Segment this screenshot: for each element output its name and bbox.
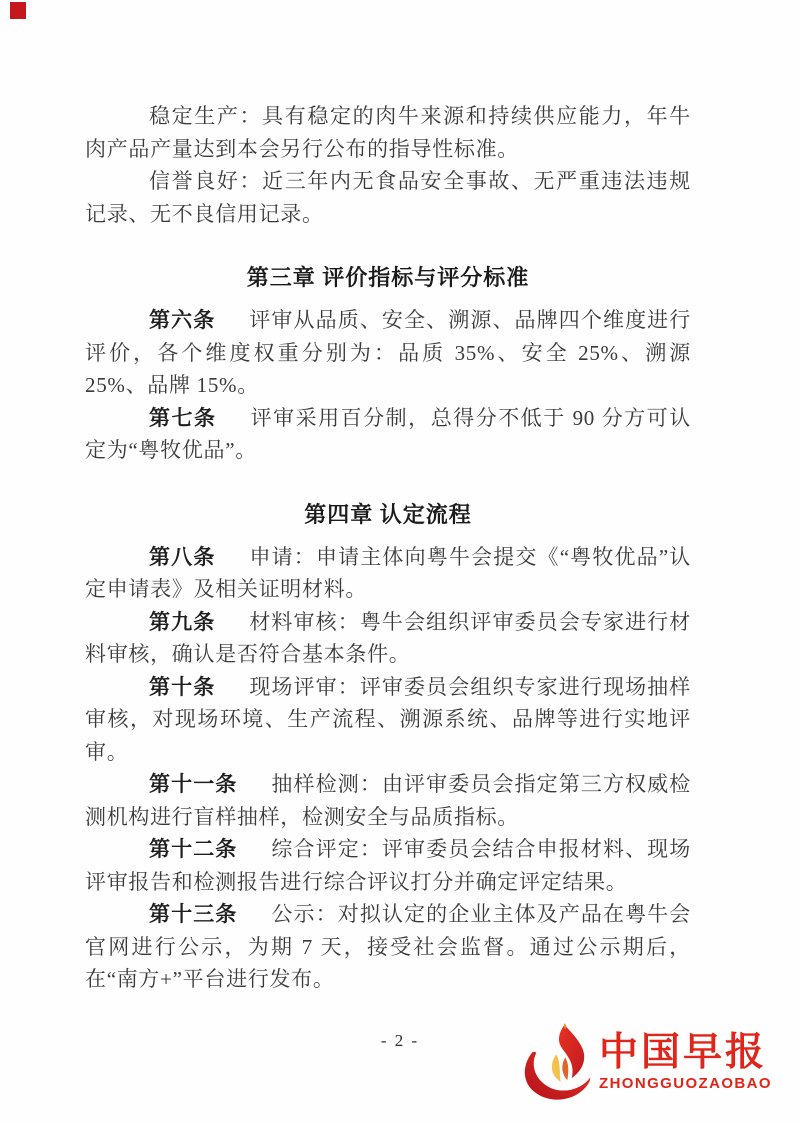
article-label: 第十三条 [149,902,237,926]
paragraph-text: 稳定生产：具有稳定的肉牛来源和持续供应能力，年牛肉产品产量达到本会另行公布的指导… [85,104,691,161]
article-label: 第八条 [149,545,215,569]
logo-title-pinyin: ZHONGGUOZAOBAO [599,1075,772,1092]
document-body: 稳定生产：具有稳定的肉牛来源和持续供应能力，年牛肉产品产量达到本会另行公布的指导… [85,100,691,996]
article-label: 第七条 [149,406,217,430]
paragraph-article-12: 第十二条综合评定：评审委员会结合申报材料、现场评审报告和检测报告进行综合评议打分… [85,833,691,898]
zhongguo-zaobao-logo: 中国早报 ZHONGGUOZAOBAO [520,1023,772,1105]
red-corner-mark [10,2,26,19]
article-label: 第十二条 [149,837,237,861]
logo-title-cn: 中国早报 [599,1034,772,1072]
paragraph-article-9: 第九条材料审核：粤牛会组织评审委员会专家进行材料审核，确认是否符合基本条件。 [85,606,691,671]
paragraph-article-6: 第六条评审从品质、安全、溯源、品牌四个维度进行评价，各个维度权重分别为：品质 3… [85,304,691,402]
article-label: 第六条 [149,308,215,332]
paragraph-stable-production: 稳定生产：具有稳定的肉牛来源和持续供应能力，年牛肉产品产量达到本会另行公布的指导… [85,100,691,165]
paragraph-text: 信誉良好：近三年内无食品安全事故、无严重违法违规记录、无不良信用记录。 [85,169,691,226]
chapter-heading-4: 第四章 认定流程 [85,498,691,531]
article-label: 第九条 [149,610,215,634]
paragraph-good-reputation: 信誉良好：近三年内无食品安全事故、无严重违法违规记录、无不良信用记录。 [85,165,691,230]
logo-text-block: 中国早报 ZHONGGUOZAOBAO [599,1023,772,1092]
paragraph-article-13: 第十三条公示：对拟认定的企业主体及产品在粤牛会官网进行公示，为期 7 天，接受社… [85,898,691,996]
paragraph-article-11: 第十一条抽样检测：由评审委员会指定第三方权威检测机构进行盲样抽样，检测安全与品质… [85,768,691,833]
flame-swoosh-icon [520,1023,594,1105]
paragraph-article-7: 第七条评审采用百分制，总得分不低于 90 分方可认定为“粤牧优品”。 [85,402,691,467]
paragraph-article-10: 第十条现场评审：评审委员会组织专家进行现场抽样审核，对现场环境、生产流程、溯源系… [85,671,691,769]
paragraph-article-8: 第八条申请：申请主体向粤牛会提交《“粤牧优品”认定申请表》及相关证明材料。 [85,541,691,606]
chapter-heading-3: 第三章 评价指标与评分标准 [85,261,691,294]
article-label: 第十条 [149,675,215,699]
article-label: 第十一条 [149,772,237,796]
document-page: 稳定生产：具有稳定的肉牛来源和持续供应能力，年牛肉产品产量达到本会另行公布的指导… [0,0,800,1123]
